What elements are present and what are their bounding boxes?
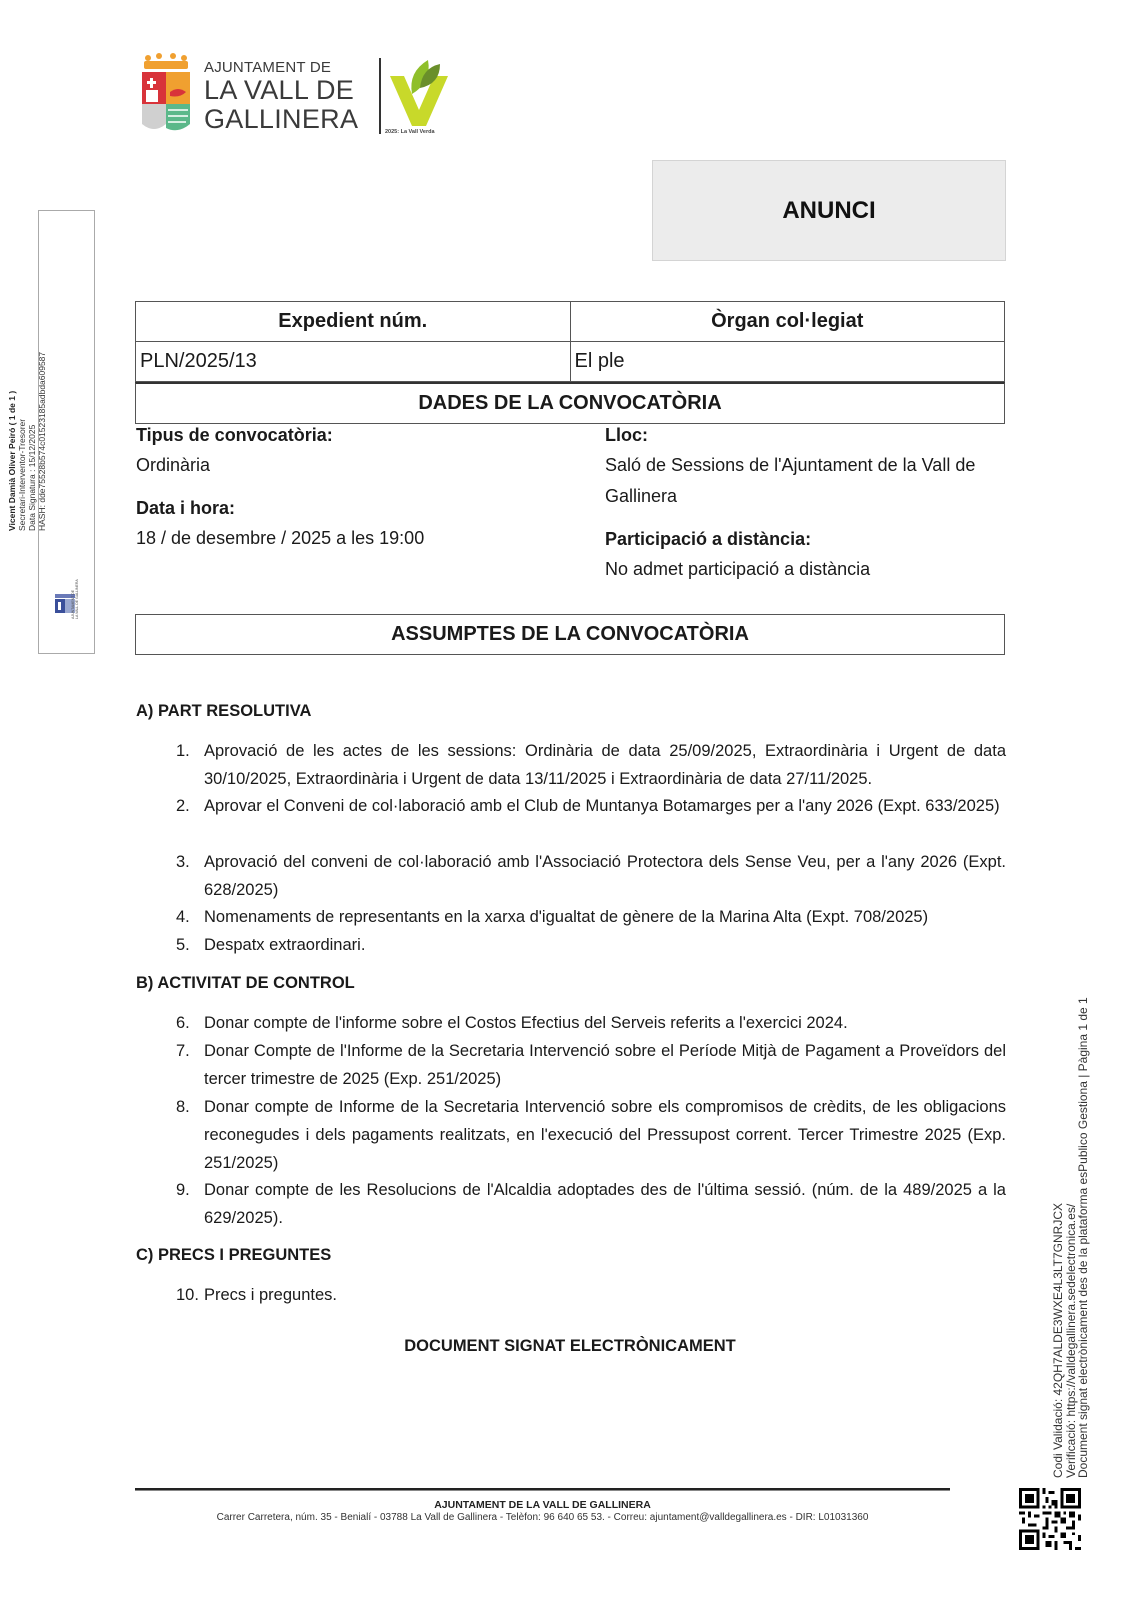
section-heading-c: C) PRECS I PREGUNTES — [136, 1246, 331, 1265]
signature-hash: HASH: dde75528b574c01523185adbda609587 — [37, 311, 47, 531]
municipality-logo: AJUNTAMENT DE LA VALL DE GALLINERA 2025:… — [140, 52, 450, 140]
participacio-label: Participació a distància: — [605, 529, 811, 550]
logo-divider — [379, 58, 381, 134]
agenda-item: 3. Aprovació del conveni de col·laboraci… — [176, 848, 1006, 904]
participacio-value: No admet participació a distància — [605, 554, 870, 585]
small-logo-caption: AJUNTAMENT DE LA VALL DE GALLINERA — [71, 579, 79, 619]
document-type: ANUNCI — [782, 197, 875, 225]
signer-name: Vicent Damià Oliver Peiró ( 1 de 1 ) — [7, 311, 17, 531]
dades-title: DADES DE LA CONVOCATÒRIA — [418, 392, 721, 415]
section-heading-b: B) ACTIVITAT DE CONTROL — [136, 974, 355, 993]
validation-info: Codi Validació: 42QH7ALDE3WXE4L3LT7GNRJC… — [1052, 997, 1090, 1478]
lloc-value-line-1: Saló de Sessions de l'Ajuntament de la V… — [605, 450, 975, 481]
agenda-item: 4. Nomenaments de representants en la xa… — [176, 903, 1006, 931]
signature-details: Vicent Damià Oliver Peiró ( 1 de 1 ) Sec… — [7, 311, 47, 531]
signature-date: Data Signatura : 15/12/2025 — [27, 311, 37, 531]
agenda-item: 6. Donar compte de l'informe sobre el Co… — [176, 1009, 1006, 1037]
coat-of-arms-icon — [140, 52, 192, 136]
organ-header: Òrgan col·legiat — [570, 302, 1005, 342]
tipus-value: Ordinària — [136, 450, 210, 481]
agenda-item: 10. Precs i preguntes. — [176, 1281, 1006, 1309]
signed-notice: DOCUMENT SIGNAT ELECTRÒNICAMENT — [0, 1337, 1132, 1356]
agenda-item: 1. Aprovació de les actes de les session… — [176, 737, 1006, 793]
signer-role: Secretari-Interventor-Tresorer — [17, 311, 27, 531]
expedient-table: Expedient núm. Òrgan col·legiat PLN/2025… — [135, 301, 1005, 382]
document-type-box: ANUNCI — [652, 160, 1006, 261]
logo-tagline: 2025: La Vall Verda — [385, 129, 435, 135]
logo-line-1: AJUNTAMENT DE — [204, 60, 358, 75]
assumptes-title: ASSUMPTES DE LA CONVOCATÒRIA — [391, 623, 749, 646]
agenda-item: 8. Donar compte de Informe de la Secreta… — [176, 1093, 1006, 1177]
data-label: Data i hora: — [136, 498, 235, 519]
lloc-label: Lloc: — [605, 425, 648, 446]
footer-title: AJUNTAMENT DE LA VALL DE GALLINERA — [135, 1499, 950, 1511]
agenda-item: 9. Donar compte de les Resolucions de l'… — [176, 1176, 1006, 1232]
organ-value: El ple — [570, 342, 1005, 382]
expedient-header: Expedient núm. — [136, 302, 571, 342]
expedient-value: PLN/2025/13 — [136, 342, 571, 382]
vall-verda-v-icon — [388, 54, 450, 136]
assumptes-title-box: ASSUMPTES DE LA CONVOCATÒRIA — [135, 614, 1005, 655]
logo-line-3: GALLINERA — [204, 106, 358, 133]
section-heading-a: A) PART RESOLUTIVA — [136, 702, 311, 721]
data-value: 18 / de desembre / 2025 a les 19:00 — [136, 523, 424, 554]
footer-address: Carrer Carretera, núm. 35 - Benialí - 03… — [135, 1512, 950, 1523]
validation-code: Codi Validació: 42QH7ALDE3WXE4L3LT7GNRJC… — [1052, 997, 1065, 1478]
footer-divider — [135, 1488, 950, 1490]
agenda-item: 5. Despatx extraordinari. — [176, 931, 1006, 959]
signature-strip: Vicent Damià Oliver Peiró ( 1 de 1 ) Sec… — [38, 210, 95, 654]
dades-title-box: DADES DE LA CONVOCATÒRIA — [135, 382, 1005, 424]
lloc-value-line-2: Gallinera — [605, 481, 677, 512]
logo-line-2: LA VALL DE — [204, 77, 358, 104]
qr-code-icon — [1019, 1488, 1081, 1550]
agenda-item: 7. Donar Compte de l'Informe de la Secre… — [176, 1037, 1006, 1093]
agenda-item: 2. Aprovar el Conveni de col·laboració a… — [176, 792, 1006, 820]
platform-notice: Document signat electrònicament des de l… — [1077, 997, 1090, 1478]
tipus-label: Tipus de convocatòria: — [136, 425, 333, 446]
